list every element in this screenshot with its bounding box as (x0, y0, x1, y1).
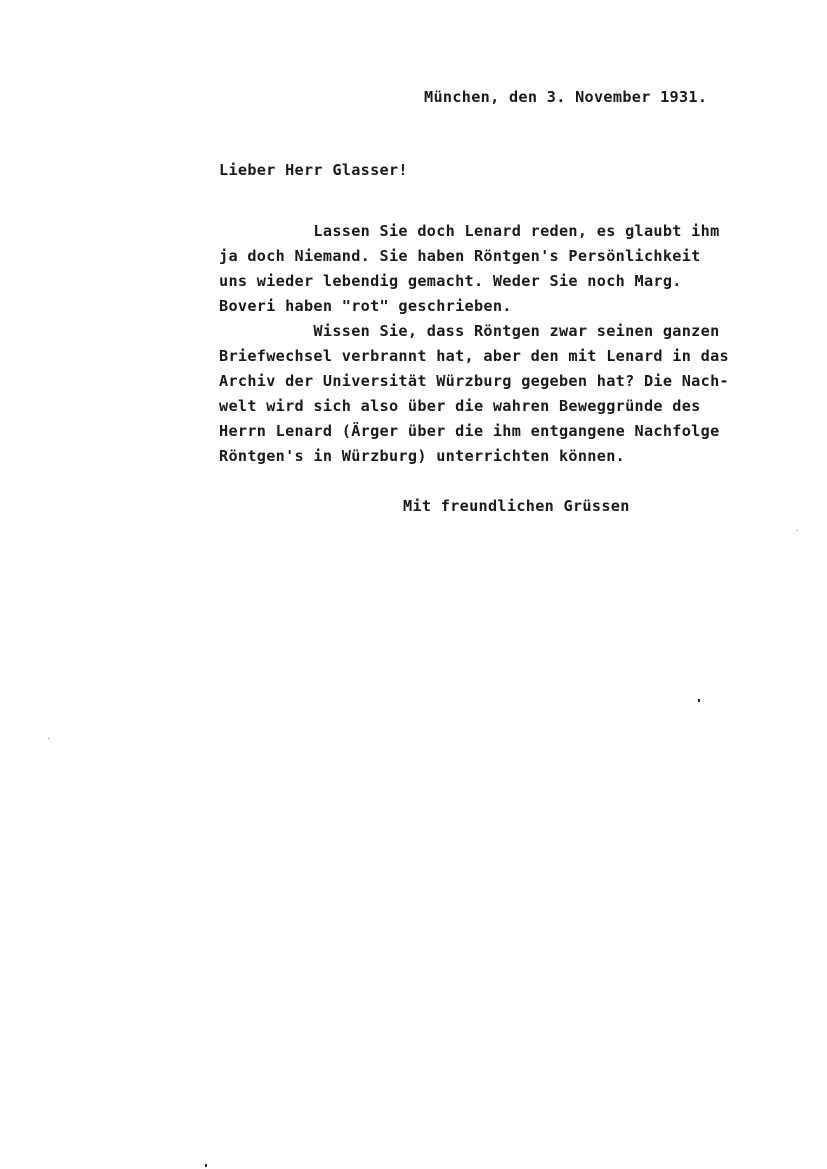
text-line: uns wieder lebendig gemacht. Weder Sie n… (219, 272, 682, 290)
letter-page: München, den 3. November 1931. Lieber He… (0, 0, 827, 1169)
scan-speck (797, 530, 798, 531)
scan-speck (205, 1164, 207, 1167)
closing: Mit freundlichen Grüssen (403, 497, 630, 515)
text-line: Lassen Sie doch Lenard reden, es glaubt … (219, 222, 720, 240)
text-line: Herrn Lenard (Ärger über die ihm entgang… (219, 422, 720, 440)
text-line: Röntgen's in Würzburg) unterrichten könn… (219, 447, 625, 465)
text-line: ja doch Niemand. Sie haben Röntgen's Per… (219, 247, 701, 265)
scan-speck (48, 738, 49, 739)
text-line: Wissen Sie, dass Röntgen zwar seinen gan… (219, 322, 720, 340)
text-line: Archiv der Universität Würzburg gegeben … (219, 372, 729, 390)
scan-speck (698, 699, 700, 702)
place-date: München, den 3. November 1931. (424, 88, 707, 106)
text-line: Briefwechsel verbrannt hat, aber den mit… (219, 347, 729, 365)
salutation: Lieber Herr Glasser! (219, 161, 408, 179)
text-line: welt wird sich also über die wahren Bewe… (219, 397, 701, 415)
text-line: Boveri haben "rot" geschrieben. (219, 297, 512, 315)
